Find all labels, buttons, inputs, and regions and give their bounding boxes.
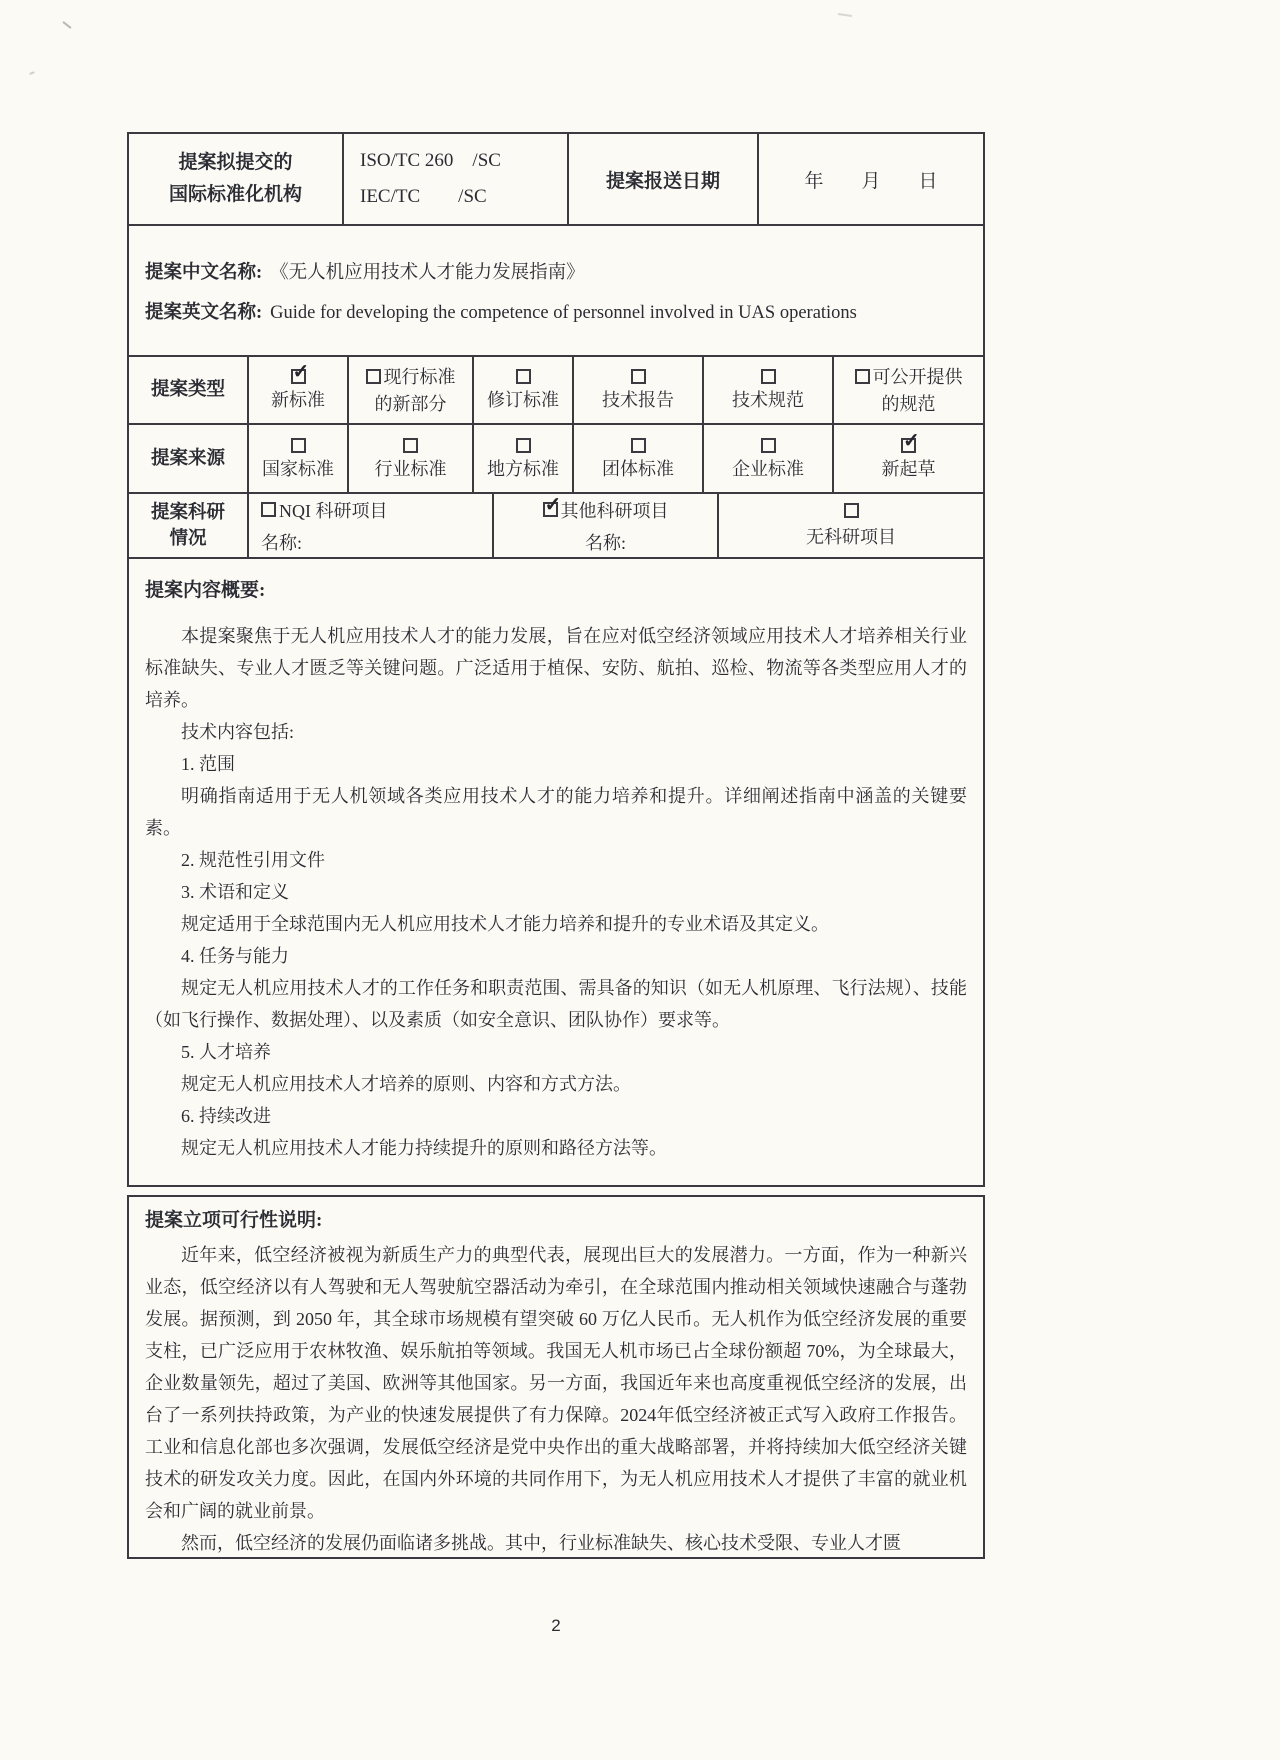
- checkbox-icon[interactable]: [261, 502, 276, 517]
- option-technical-report: 技术报告: [572, 357, 702, 423]
- summary-paragraph: 4. 任务与能力: [145, 940, 967, 972]
- proposal-type-label-text: 提案类型: [151, 377, 225, 403]
- option-industry-standard: 行业标准: [347, 425, 472, 492]
- option-label: 新起草: [882, 458, 936, 480]
- option-label: 新标准: [271, 389, 325, 411]
- option-label: 团体标准: [602, 458, 674, 480]
- submit-date-value: 年 月 日: [757, 134, 983, 224]
- option-no-project: 无科研项目: [717, 494, 983, 557]
- checkbox-icon[interactable]: [516, 438, 531, 453]
- summary-paragraph: 本提案聚焦于无人机应用技术人才的能力发展，旨在应对低空经济领域应用技术人才培养相…: [145, 620, 967, 716]
- research-status-row: 提案科研 情况 NQI 科研项目 名称: ✓ 其他科研项目 名称:: [129, 492, 983, 557]
- option-label: 其他科研项目: [561, 497, 669, 523]
- summary-paragraph: 2. 规范性引用文件: [145, 844, 967, 876]
- option-line: 可公开提供: [855, 366, 963, 388]
- proposal-form: 提案拟提交的 国际标准化机构 ISO/TC 260 /SC IEC/TC /SC…: [127, 132, 985, 1559]
- option-label: 国家标准: [262, 458, 334, 480]
- option-new-standard: ✓ 新标准: [247, 357, 347, 423]
- submit-org-label-line1: 提案拟提交的: [178, 147, 292, 179]
- option-label: 技术规范: [732, 389, 804, 411]
- option-new-part-of-existing: 现行标准 的新部分: [347, 357, 472, 423]
- option-label: 可公开提供: [873, 366, 963, 388]
- option-revised-standard: 修订标准: [472, 357, 572, 423]
- en-name-label: 提案英文名称:: [145, 303, 262, 323]
- option-label-line2: 的新部分: [375, 393, 447, 415]
- check-icon: ✓: [903, 431, 920, 451]
- submit-org-label-line2: 国际标准化机构: [169, 179, 302, 211]
- proposal-type-row: 提案类型 ✓ 新标准 现行标准 的新部分 修订标准: [129, 357, 983, 423]
- summary-paragraph: 明确指南适用于无人机领域各类应用技术人才的能力培养和提升。详细阐述指南中涵盖的关…: [145, 780, 967, 844]
- checkbox-icon[interactable]: [761, 369, 776, 384]
- en-name-value: Guide for developing the competence of p…: [270, 303, 857, 323]
- option-line: NQI 科研项目: [261, 497, 388, 523]
- check-icon: ✓: [293, 362, 310, 382]
- summary-paragraph: 规定适用于全球范围内无人机应用技术人才能力培养和提升的专业术语及其定义。: [145, 908, 967, 940]
- cn-name-row: 提案中文名称:《无人机应用技术人才能力发展指南》: [145, 258, 967, 284]
- summary-paragraph: 6. 持续改进: [145, 1100, 967, 1132]
- option-line: ✓ 其他科研项目: [543, 497, 669, 523]
- option-label: 行业标准: [375, 458, 447, 480]
- option-technical-spec: 技术规范: [702, 357, 832, 423]
- checkbox-icon[interactable]: [516, 369, 531, 384]
- research-status-label: 提案科研 情况: [129, 494, 247, 557]
- checkbox-checked-icon[interactable]: ✓: [543, 502, 558, 517]
- submit-date-label-text: 提案报送日期: [606, 166, 720, 193]
- option-national-standard: 国家标准: [247, 425, 347, 492]
- submit-date-label: 提案报送日期: [567, 134, 757, 224]
- summary-paragraph: 规定无人机应用技术人才培养的原则、内容和方式方法。: [145, 1068, 967, 1100]
- option-enterprise-standard: 企业标准: [702, 425, 832, 492]
- proposal-source-row: 提案来源 国家标准 行业标准 地方标准 团体标准: [129, 423, 983, 492]
- summary-paragraph: 1. 范围: [145, 748, 967, 780]
- research-label-line1: 提案科研: [151, 500, 225, 526]
- option-nqi-project: NQI 科研项目 名称:: [247, 494, 492, 557]
- content-summary-box: 提案内容概要: 本提案聚焦于无人机应用技术人才的能力发展，旨在应对低空经济领域应…: [127, 557, 985, 1187]
- feasibility-title: 提案立项可行性说明:: [145, 1205, 967, 1237]
- checkbox-checked-icon[interactable]: ✓: [901, 438, 916, 453]
- project-name-label: 名称:: [585, 529, 626, 555]
- summary-paragraph: 规定无人机应用技术人才的工作任务和职责范围、需具备的知识（如无人机原理、飞行法规…: [145, 972, 967, 1036]
- feasibility-box: 提案立项可行性说明: 近年来，低空经济被视为新质生产力的典型代表，展现出巨大的发…: [127, 1195, 985, 1559]
- feasibility-paragraph: 近年来，低空经济被视为新质生产力的典型代表，展现出巨大的发展潜力。一方面，作为一…: [145, 1239, 967, 1527]
- header-table: 提案拟提交的 国际标准化机构 ISO/TC 260 /SC IEC/TC /SC…: [127, 132, 985, 226]
- option-line: 现行标准: [366, 366, 456, 388]
- checkbox-icon[interactable]: [855, 369, 870, 384]
- option-other-project: ✓ 其他科研项目 名称:: [492, 494, 717, 557]
- summary-paragraph: 3. 术语和定义: [145, 876, 967, 908]
- scan-artifact: [29, 71, 35, 77]
- checkbox-checked-icon[interactable]: ✓: [291, 369, 306, 384]
- en-name-row: 提案英文名称:Guide for developing the competen…: [145, 298, 967, 324]
- option-label: 企业标准: [732, 458, 804, 480]
- option-label: 技术报告: [602, 389, 674, 411]
- project-name-label: 名称:: [261, 529, 302, 555]
- checkbox-icon[interactable]: [403, 438, 418, 453]
- checkbox-icon[interactable]: [631, 438, 646, 453]
- date-ymd-text: 年 月 日: [804, 166, 937, 193]
- content-summary-title: 提案内容概要:: [145, 575, 967, 607]
- classification-table: 提案类型 ✓ 新标准 现行标准 的新部分 修订标准: [127, 355, 985, 559]
- proposal-source-label-text: 提案来源: [151, 446, 225, 472]
- summary-paragraph: 规定无人机应用技术人才能力持续提升的原则和路径方法等。: [145, 1132, 967, 1164]
- option-group-standard: 团体标准: [572, 425, 702, 492]
- submit-org-label: 提案拟提交的 国际标准化机构: [129, 134, 342, 224]
- summary-paragraph: 技术内容包括:: [145, 716, 967, 748]
- iso-tc-value: ISO/TC 260 /SC: [360, 143, 501, 179]
- checkbox-icon[interactable]: [291, 438, 306, 453]
- option-label: NQI 科研项目: [279, 497, 388, 523]
- scanned-document-page: 提案拟提交的 国际标准化机构 ISO/TC 260 /SC IEC/TC /SC…: [0, 0, 1280, 1760]
- scan-artifact: [838, 13, 852, 17]
- option-label: 地方标准: [487, 458, 559, 480]
- option-local-standard: 地方标准: [472, 425, 572, 492]
- scan-artifact: [62, 21, 71, 29]
- option-label-line2: 的规范: [882, 393, 936, 415]
- checkbox-icon[interactable]: [366, 369, 381, 384]
- proposal-source-label: 提案来源: [129, 425, 247, 492]
- option-label: 现行标准: [384, 366, 456, 388]
- feasibility-paragraph: 然而，低空经济的发展仍面临诸多挑战。其中，行业标准缺失、核心技术受限、专业人才匮: [145, 1527, 967, 1559]
- option-label: 修订标准: [487, 389, 559, 411]
- checkbox-icon[interactable]: [631, 369, 646, 384]
- check-icon: ✓: [545, 495, 562, 515]
- option-newly-drafted: ✓ 新起草: [832, 425, 983, 492]
- proposal-type-label: 提案类型: [129, 357, 247, 423]
- checkbox-icon[interactable]: [844, 503, 859, 518]
- research-label-line2: 情况: [169, 526, 206, 552]
- summary-paragraph: 5. 人才培养: [145, 1036, 967, 1068]
- cn-name-value: 《无人机应用技术人才能力发展指南》: [270, 263, 585, 283]
- page-number: 2: [127, 1616, 985, 1636]
- iec-tc-value: IEC/TC /SC: [360, 179, 487, 215]
- proposal-names-box: 提案中文名称:《无人机应用技术人才能力发展指南》 提案英文名称:Guide fo…: [127, 224, 985, 357]
- option-label: 无科研项目: [806, 523, 896, 549]
- org-value-cell: ISO/TC 260 /SC IEC/TC /SC: [342, 134, 567, 224]
- option-publicly-available-spec: 可公开提供 的规范: [832, 357, 983, 423]
- cn-name-label: 提案中文名称:: [145, 263, 262, 283]
- checkbox-icon[interactable]: [761, 438, 776, 453]
